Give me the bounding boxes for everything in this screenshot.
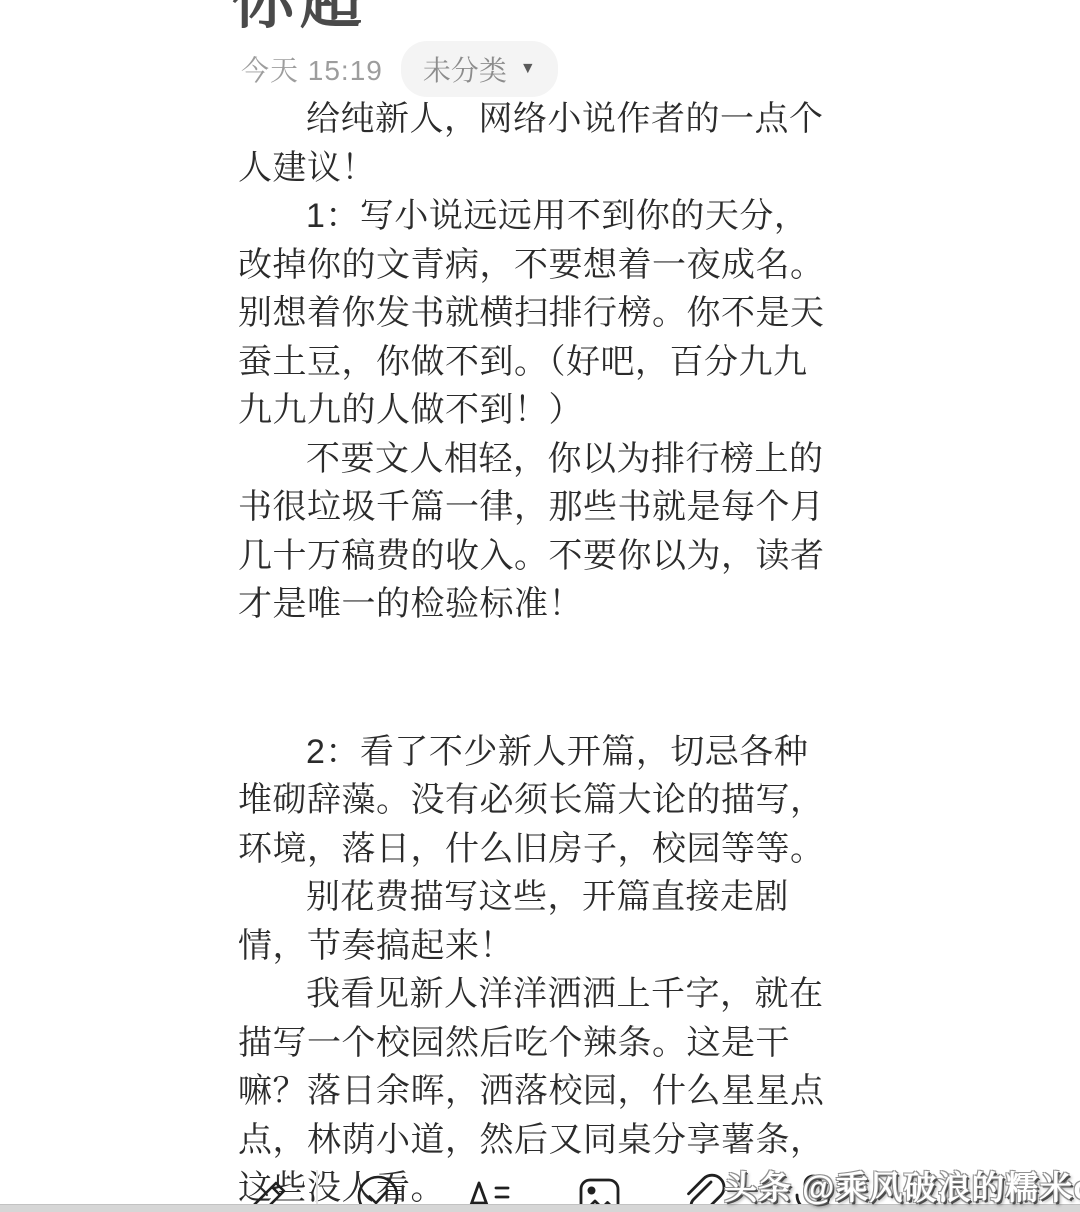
paperclip-icon[interactable]	[678, 1171, 726, 1204]
note-title: 你超	[232, 0, 692, 34]
chevron-down-icon: ▼	[520, 61, 536, 77]
toolbar-divider	[316, 1170, 318, 1204]
category-dropdown[interactable]: 未分类 ▼	[401, 41, 558, 97]
pencil-icon[interactable]	[240, 1171, 288, 1204]
note-paragraph: 1：写小说远远用不到你的天分，改掉你的文青病，不要想着一夜成名。别想着你发书就横…	[238, 192, 828, 435]
check-circle-icon[interactable]	[354, 1171, 402, 1204]
note-paragraph: 2：看了不少新人开篇，切忌各种堆砌辞藻。没有必须长篇大论的描写，环境，落日，什么…	[238, 728, 828, 874]
note-paragraph: 给纯新人，网络小说作者的一点个人建议！	[238, 95, 828, 192]
watermark-text: 头条 @乘风破浪的糯米oM	[724, 1162, 1080, 1209]
note-meta-row: 今天 15:19 未分类 ▼	[241, 41, 558, 97]
note-paragraph: 不要文人相轻，你以为排行榜上的书很垃圾千篇一律，那些书就是每个月几十万稿费的收入…	[238, 435, 828, 629]
note-title-clipped: 你超	[232, 0, 692, 35]
note-timestamp: 今天 15:19	[241, 49, 383, 89]
text-format-icon[interactable]	[462, 1171, 510, 1204]
category-label: 未分类	[423, 49, 507, 89]
note-body-editor[interactable]: 给纯新人，网络小说作者的一点个人建议！ 1：写小说远远用不到你的天分，改掉你的文…	[238, 95, 828, 1212]
note-paragraph: 别花费描写这些，开篇直接走剧情，节奏搞起来！	[238, 873, 828, 970]
image-icon[interactable]	[574, 1171, 622, 1204]
